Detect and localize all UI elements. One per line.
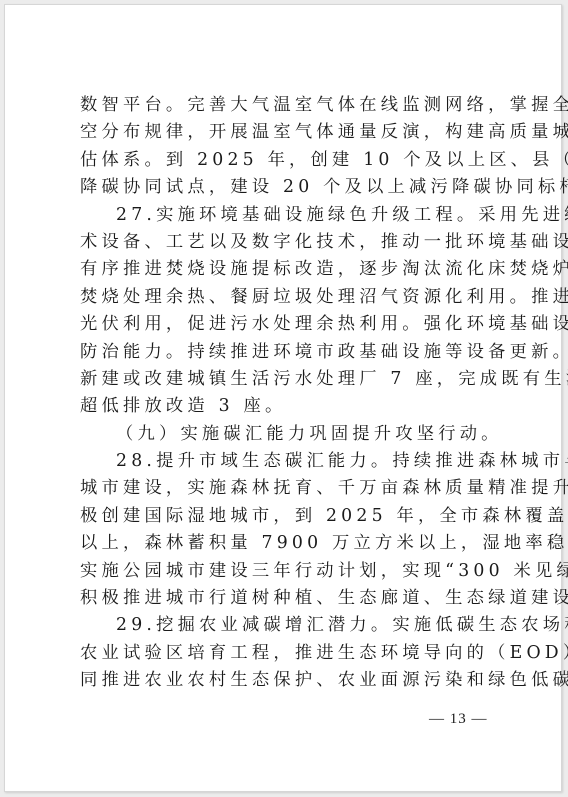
text-line: 超低排放改造 3 座。 — [80, 393, 496, 420]
page-number: — 13 — — [429, 711, 488, 728]
section-heading: （九）实施碳汇能力巩固提升攻坚行动。 — [80, 421, 496, 448]
text-line: 降碳协同试点，建设 20 个及以上减污降碳协同标杆项目。 — [80, 174, 496, 201]
text-line: 实施公园城市建设三年行动计划，实现“300 米见绿，500 米见园”。 — [80, 558, 496, 585]
text-line: 城市建设，实施森林抚育、千万亩森林质量精准提升等工程，积 — [80, 475, 496, 502]
text-line: 数智平台。完善大气温室气体在线监测网络，掌握全市碳排放时 — [80, 92, 496, 119]
text-line: 同推进农业农村生态保护、农业面源污染和绿色低碳养殖，发展 — [80, 667, 496, 694]
page-body: 数智平台。完善大气温室气体在线监测网络，掌握全市碳排放时 空分布规律，开展温室气… — [80, 92, 496, 695]
item-28-first-line: 28.提升市域生态碳汇能力。持续推进森林城市与生态园林 — [80, 448, 496, 475]
text-line: 术设备、工艺以及数字化技术，推动一批环境基础设施提标改造， — [80, 229, 496, 256]
text-line: 焚烧处理余热、餐厨垃圾处理沼气资源化利用。推进污水池顶盖 — [80, 284, 496, 311]
text-line: 有序推进焚烧设施提标改造，逐步淘汰流化床焚烧炉工艺，加强 — [80, 256, 496, 283]
text-line: 以上，森林蓄积量 7900 万立方米以上，湿地率稳定在 8%左右。 — [80, 530, 496, 557]
item-29-first-line: 29.挖掘农业减碳增汇潜力。实施低碳生态农场和低碳生态 — [80, 612, 496, 639]
text-line: 光伏利用，促进污水处理余热利用。强化环境基础设施二次污染 — [80, 311, 496, 338]
text-line: 新建或改建城镇生活污水处理厂 7 座，完成既有生活垃圾焚烧厂 — [80, 366, 496, 393]
text-line: 估体系。到 2025 年，创建 10 个及以上区、县（市）和园区减污 — [80, 147, 496, 174]
text-line: 空分布规律，开展温室气体通量反演，构建高质量城市碳监测评 — [80, 119, 496, 146]
text-line: 极创建国际湿地城市，到 2025 年，全市森林覆盖率稳定在 65.33% — [80, 503, 496, 530]
text-line: 积极推进城市行道树种植、生态廊道、生态绿道建设。 — [80, 585, 496, 612]
item-27-first-line: 27.实施环境基础设施绿色升级工程。采用先进绿色节能技 — [80, 202, 496, 229]
document-page: 数智平台。完善大气温室气体在线监测网络，掌握全市碳排放时 空分布规律，开展温室气… — [4, 4, 562, 792]
text-line: 防治能力。持续推进环境市政基础设施等设备更新。到 2027 年， — [80, 339, 496, 366]
text-line: 农业试验区培育工程，推进生态环境导向的（EOD）建设模式，协 — [80, 640, 496, 667]
